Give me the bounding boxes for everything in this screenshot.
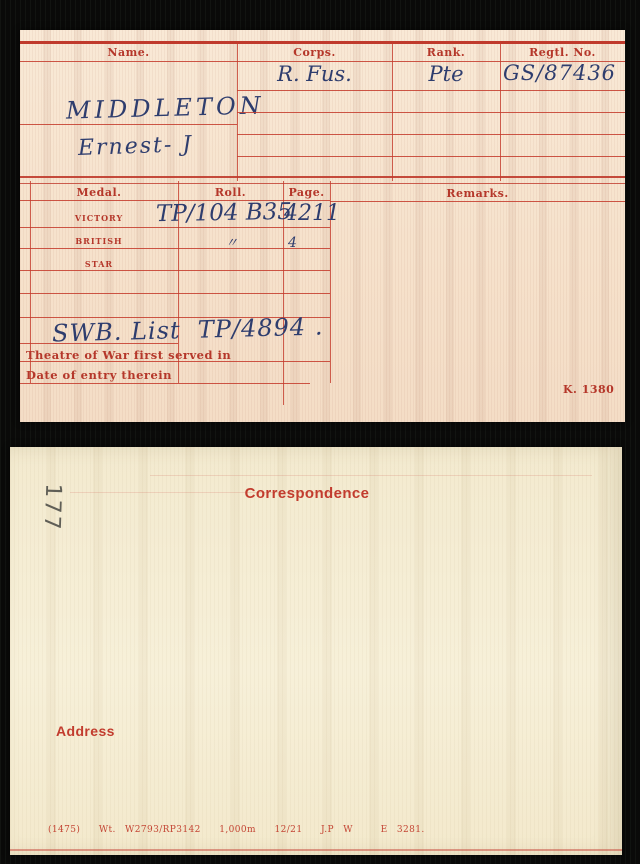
service-row-line — [237, 112, 625, 113]
medal-row-line — [20, 227, 330, 228]
service-row-line — [237, 134, 625, 135]
name-row-line — [20, 124, 237, 125]
scanned-medal-index-card-page: { "front_card": { "columns": { "name": "… — [0, 0, 640, 864]
theatre-of-war-label: Theatre of War first served in — [26, 348, 231, 362]
theatre-row-line — [20, 361, 330, 362]
victory-page-handwritten: 4211 — [284, 203, 340, 225]
service-row-line — [237, 90, 625, 91]
date-of-entry-label: Date of entry therein — [26, 368, 172, 382]
corps-column-header: Corps. — [237, 46, 392, 59]
forenames-handwritten: Ernest- J — [78, 134, 194, 160]
remarks-header-underline — [330, 201, 625, 202]
swb-row-line — [20, 343, 178, 344]
printer-imprint-line: (1475) Wt. W2793/RP3142 1,000m 12/21 J.P… — [48, 825, 425, 835]
remarks-header: Remarks. — [330, 187, 625, 200]
name-column-header: Name. — [20, 46, 237, 59]
medal-row-line — [20, 293, 330, 294]
correspondence-stamp: Correspondence — [10, 485, 604, 502]
medal-row-line — [20, 270, 330, 271]
rank-column-header: Rank. — [392, 46, 500, 59]
medal-header: Medal. — [20, 186, 178, 199]
swb-list-handwritten: SWB. List TP/4894 . — [52, 314, 324, 345]
section-divider — [20, 176, 625, 184]
faint-rule — [150, 475, 592, 476]
rank-handwritten: Pte — [392, 64, 500, 85]
regtl-no-handwritten: GS/87436 — [503, 63, 616, 84]
address-stamp: Address — [56, 723, 115, 739]
british-page-handwritten: 4 — [288, 236, 297, 250]
roll-header: Roll. — [178, 186, 283, 199]
top-rule — [20, 41, 625, 44]
medal-row-line — [20, 248, 330, 249]
medal-row-victory: Victory — [20, 210, 178, 224]
medal-row-british: British — [20, 233, 178, 247]
british-roll-ditto: 〃 — [225, 237, 238, 250]
date-row-line — [20, 383, 310, 384]
corps-rank-divider — [392, 41, 393, 181]
victory-roll-handwritten: TP/104 B35 — [156, 201, 292, 226]
medal-index-card-back: 177 Correspondence Address (1475) Wt. W2… — [10, 447, 622, 855]
form-code: K. 1380 — [563, 383, 614, 396]
regtl-no-column-header: Regtl. No. — [500, 46, 625, 59]
page-header: Page. — [283, 186, 330, 199]
surname-handwritten: MIDDLETON — [66, 93, 265, 122]
corps-handwritten: R. Fus. — [237, 64, 392, 85]
service-row-line — [237, 156, 625, 157]
medal-index-card-front: Name. Corps. Rank. Regtl. No. MIDDLETON … — [20, 30, 625, 422]
card-bottom-edge-line — [10, 849, 622, 851]
rank-regtl-divider — [500, 41, 501, 181]
medal-row-star: Star — [20, 256, 178, 270]
